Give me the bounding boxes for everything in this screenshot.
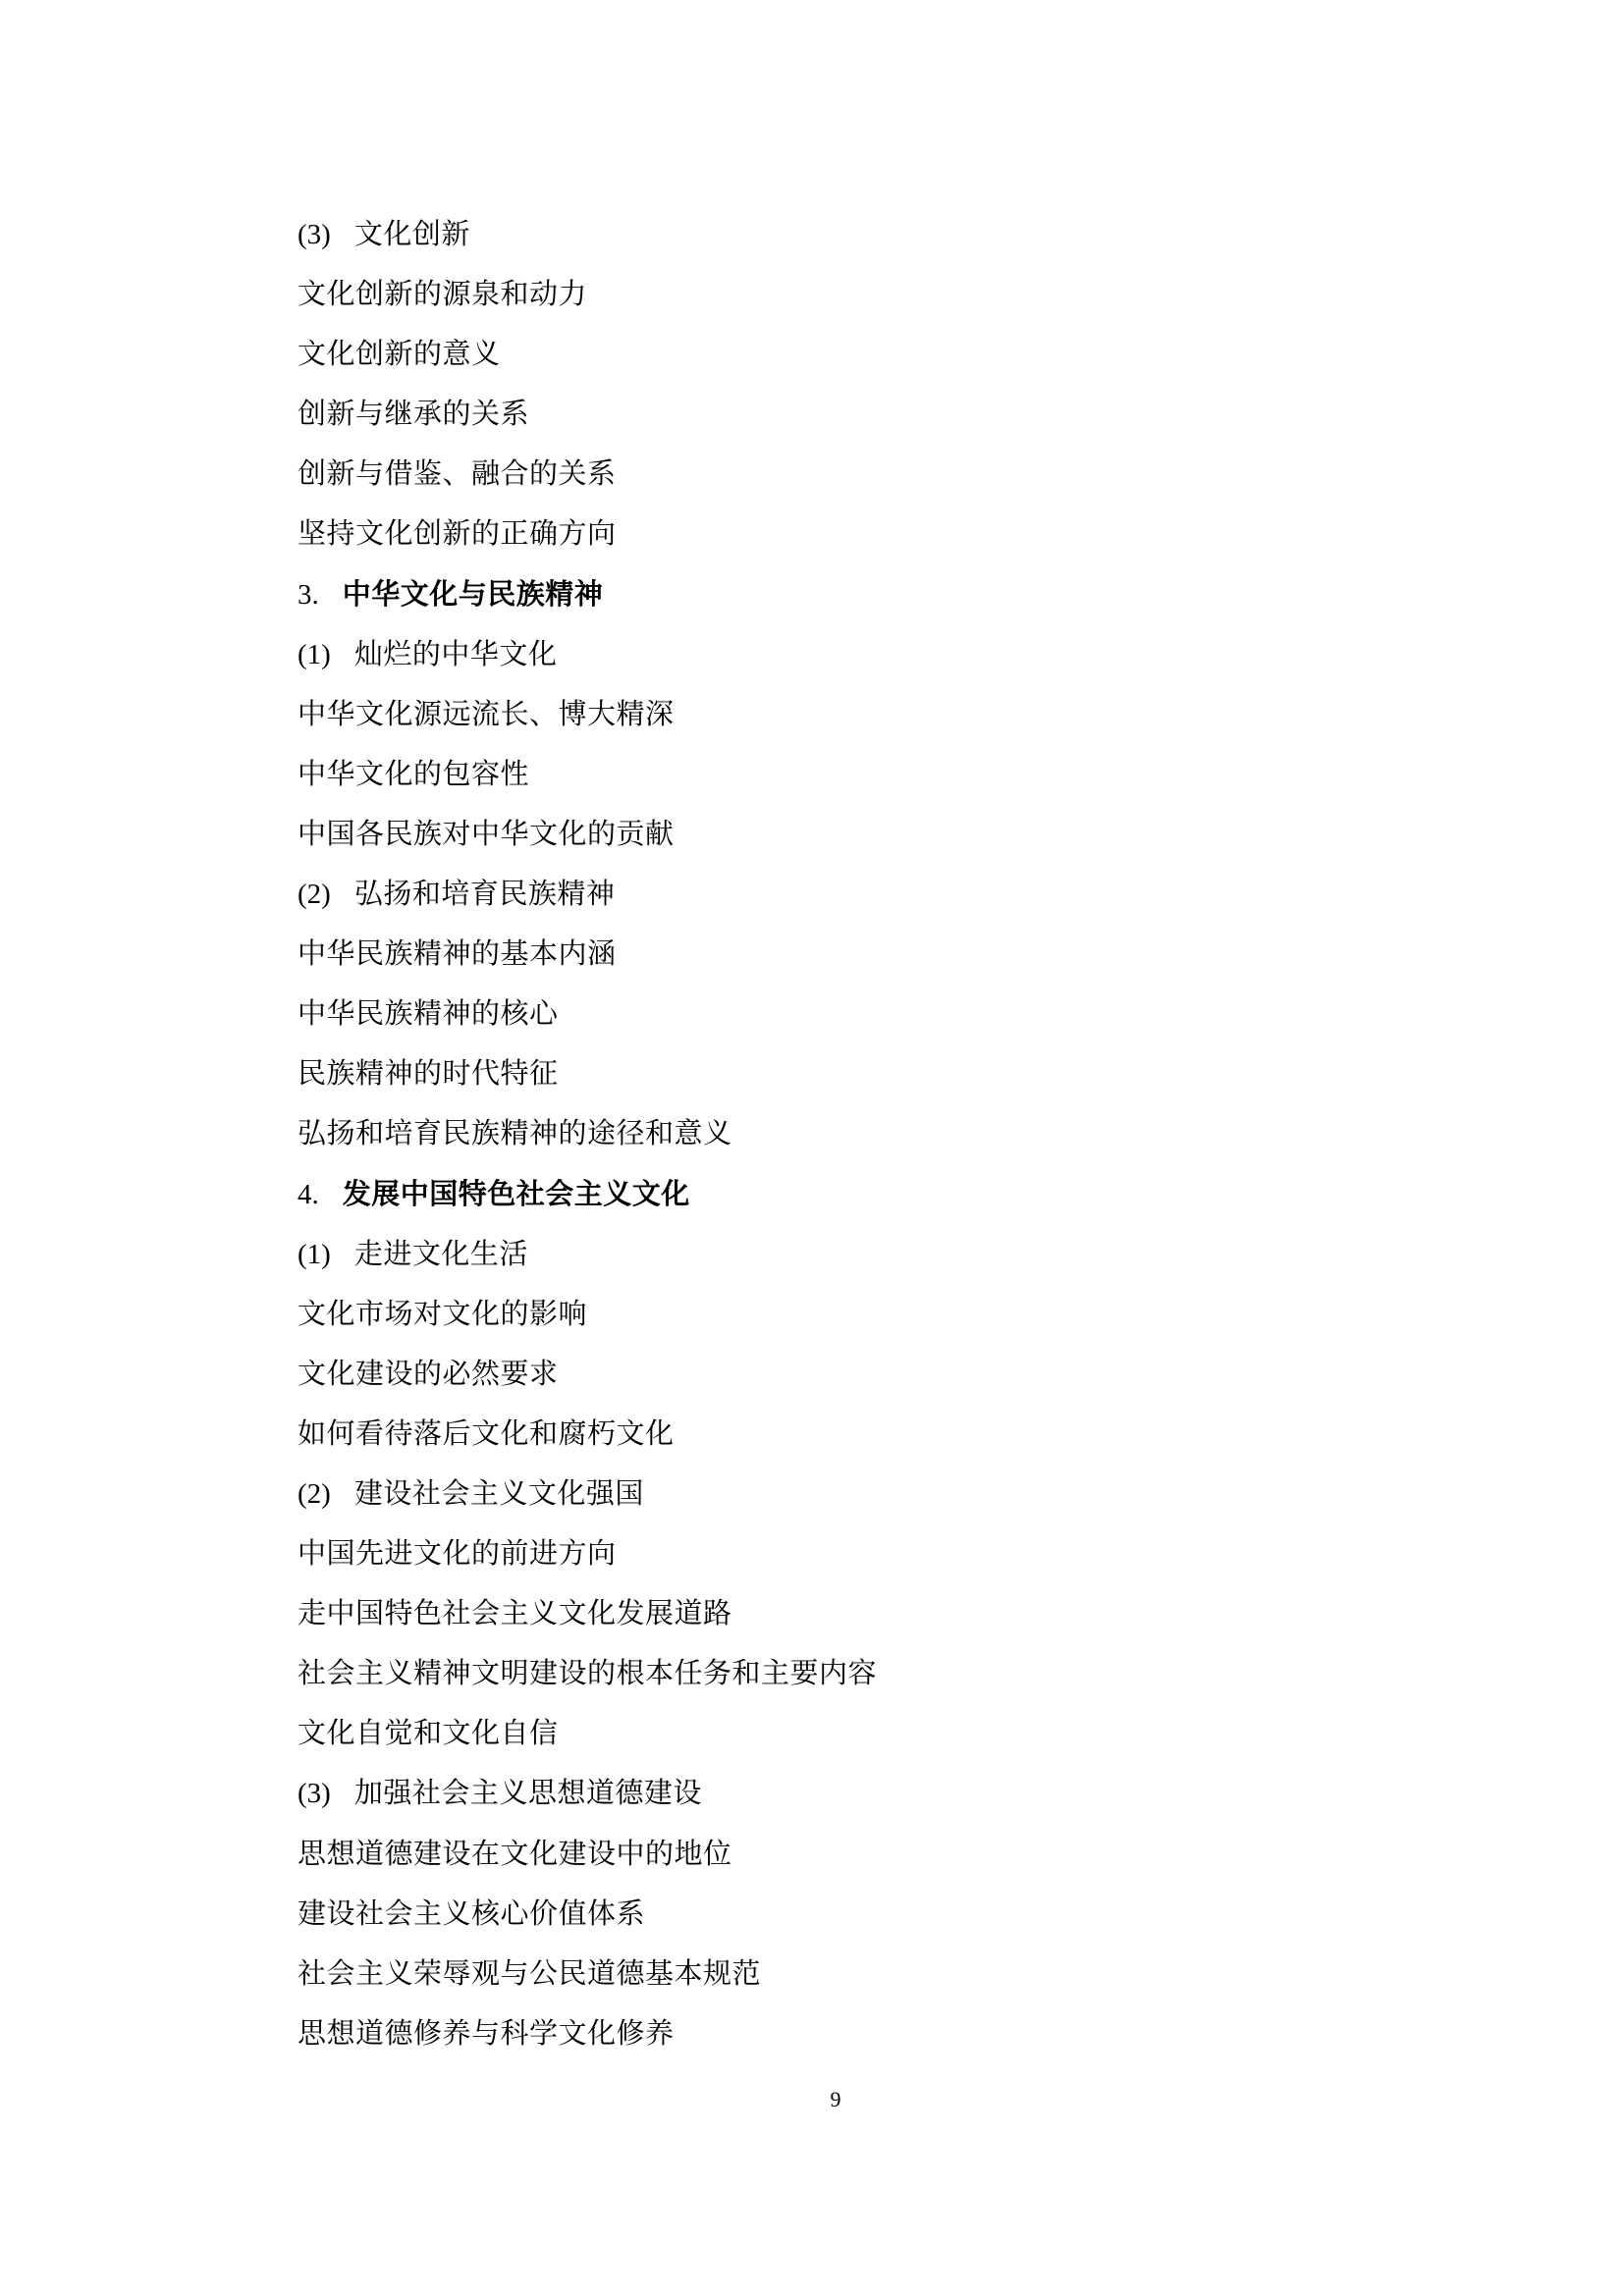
line-text: 坚持文化创新的正确方向 bbox=[298, 518, 617, 550]
line-text: 中国先进文化的前进方向 bbox=[298, 1538, 617, 1570]
line-marker: 3. bbox=[298, 579, 319, 611]
line-text: 创新与借鉴、融合的关系 bbox=[298, 458, 617, 490]
line-marker: (1) bbox=[298, 1239, 331, 1270]
line-text: 走进文化生活 bbox=[354, 1239, 528, 1270]
line-text: 社会主义精神文明建设的根本任务和主要内容 bbox=[298, 1658, 877, 1689]
line-text: 中华民族精神的基本内涵 bbox=[298, 938, 617, 970]
outline-line: 中华民族精神的基本内涵 bbox=[298, 925, 877, 985]
outline-line: 建设社会主义核心价值体系 bbox=[298, 1885, 877, 1945]
line-text: 文化市场对文化的影响 bbox=[298, 1299, 587, 1330]
syllabus-outline: (3)文化创新文化创新的源泉和动力文化创新的意义创新与继承的关系创新与借鉴、融合… bbox=[298, 205, 877, 2064]
line-text: 文化自觉和文化自信 bbox=[298, 1718, 559, 1749]
outline-line: 社会主义精神文明建设的根本任务和主要内容 bbox=[298, 1644, 877, 1704]
outline-line: 坚持文化创新的正确方向 bbox=[298, 505, 877, 564]
line-marker: (2) bbox=[298, 879, 331, 910]
line-text: 如何看待落后文化和腐朽文化 bbox=[298, 1418, 675, 1450]
outline-line: 思想道德修养与科学文化修养 bbox=[298, 2004, 877, 2064]
line-marker: 4. bbox=[298, 1179, 319, 1210]
outline-line: 文化市场对文化的影响 bbox=[298, 1285, 877, 1345]
outline-line: 中华民族精神的核心 bbox=[298, 985, 877, 1044]
line-text: 文化创新的源泉和动力 bbox=[298, 279, 587, 310]
outline-line: 中华文化源远流长、博大精深 bbox=[298, 685, 877, 745]
outline-line: 弘扬和培育民族精神的途径和意义 bbox=[298, 1104, 877, 1164]
line-text: 中华文化的包容性 bbox=[298, 759, 529, 790]
outline-line: 文化建设的必然要求 bbox=[298, 1345, 877, 1405]
line-text: 创新与继承的关系 bbox=[298, 399, 529, 430]
outline-line: 创新与继承的关系 bbox=[298, 385, 877, 445]
line-text: 走中国特色社会主义文化发展道路 bbox=[298, 1598, 732, 1629]
line-text: 灿烂的中华文化 bbox=[354, 639, 558, 670]
line-marker: (3) bbox=[298, 219, 331, 250]
line-text: 思想道德建设在文化建设中的地位 bbox=[298, 1839, 732, 1870]
line-text: 中华文化与民族精神 bbox=[343, 579, 604, 611]
line-text: 建设社会主义核心价值体系 bbox=[298, 1898, 645, 1930]
outline-line: 中国先进文化的前进方向 bbox=[298, 1524, 877, 1584]
outline-line: 走中国特色社会主义文化发展道路 bbox=[298, 1584, 877, 1644]
line-marker: (3) bbox=[298, 1778, 331, 1809]
outline-line: 如何看待落后文化和腐朽文化 bbox=[298, 1405, 877, 1465]
line-text: 社会主义荣辱观与公民道德基本规范 bbox=[298, 1958, 761, 1990]
outline-line: 文化自觉和文化自信 bbox=[298, 1704, 877, 1764]
line-text: 文化建设的必然要求 bbox=[298, 1359, 559, 1390]
outline-line: (2)弘扬和培育民族精神 bbox=[298, 865, 877, 925]
outline-line: 创新与借鉴、融合的关系 bbox=[298, 445, 877, 505]
line-text: 中华民族精神的核心 bbox=[298, 998, 559, 1030]
outline-line: (2)建设社会主义文化强国 bbox=[298, 1465, 877, 1524]
outline-line: (1)灿烂的中华文化 bbox=[298, 625, 877, 685]
outline-line: 文化创新的意义 bbox=[298, 325, 877, 385]
line-text: 弘扬和培育民族精神的途径和意义 bbox=[298, 1118, 732, 1149]
line-text: 中华文化源远流长、博大精深 bbox=[298, 699, 675, 730]
outline-line: 思想道德建设在文化建设中的地位 bbox=[298, 1825, 877, 1885]
outline-line: 民族精神的时代特征 bbox=[298, 1044, 877, 1104]
line-text: 弘扬和培育民族精神 bbox=[354, 879, 616, 910]
line-marker: (1) bbox=[298, 639, 331, 670]
outline-line: (3)文化创新 bbox=[298, 205, 877, 265]
section-heading: 3.中华文化与民族精神 bbox=[298, 565, 877, 625]
outline-line: (1)走进文化生活 bbox=[298, 1225, 877, 1285]
outline-line: 文化创新的源泉和动力 bbox=[298, 265, 877, 325]
line-marker: (2) bbox=[298, 1478, 331, 1510]
line-text: 加强社会主义思想道德建设 bbox=[354, 1778, 702, 1809]
outline-line: 中国各民族对中华文化的贡献 bbox=[298, 805, 877, 865]
line-text: 中国各民族对中华文化的贡献 bbox=[298, 819, 675, 850]
section-heading: 4.发展中国特色社会主义文化 bbox=[298, 1165, 877, 1225]
line-text: 民族精神的时代特征 bbox=[298, 1058, 559, 1090]
line-text: 思想道德修养与科学文化修养 bbox=[298, 2018, 675, 2050]
page-number: 9 bbox=[831, 2085, 841, 2114]
document-page: (3)文化创新文化创新的源泉和动力文化创新的意义创新与继承的关系创新与借鉴、融合… bbox=[0, 0, 1624, 2296]
outline-line: (3)加强社会主义思想道德建设 bbox=[298, 1764, 877, 1824]
outline-line: 中华文化的包容性 bbox=[298, 745, 877, 805]
line-text: 发展中国特色社会主义文化 bbox=[343, 1179, 690, 1210]
outline-line: 社会主义荣辱观与公民道德基本规范 bbox=[298, 1945, 877, 2004]
line-text: 文化创新的意义 bbox=[298, 339, 501, 370]
line-text: 建设社会主义文化强国 bbox=[354, 1478, 644, 1510]
line-text: 文化创新 bbox=[354, 219, 470, 250]
